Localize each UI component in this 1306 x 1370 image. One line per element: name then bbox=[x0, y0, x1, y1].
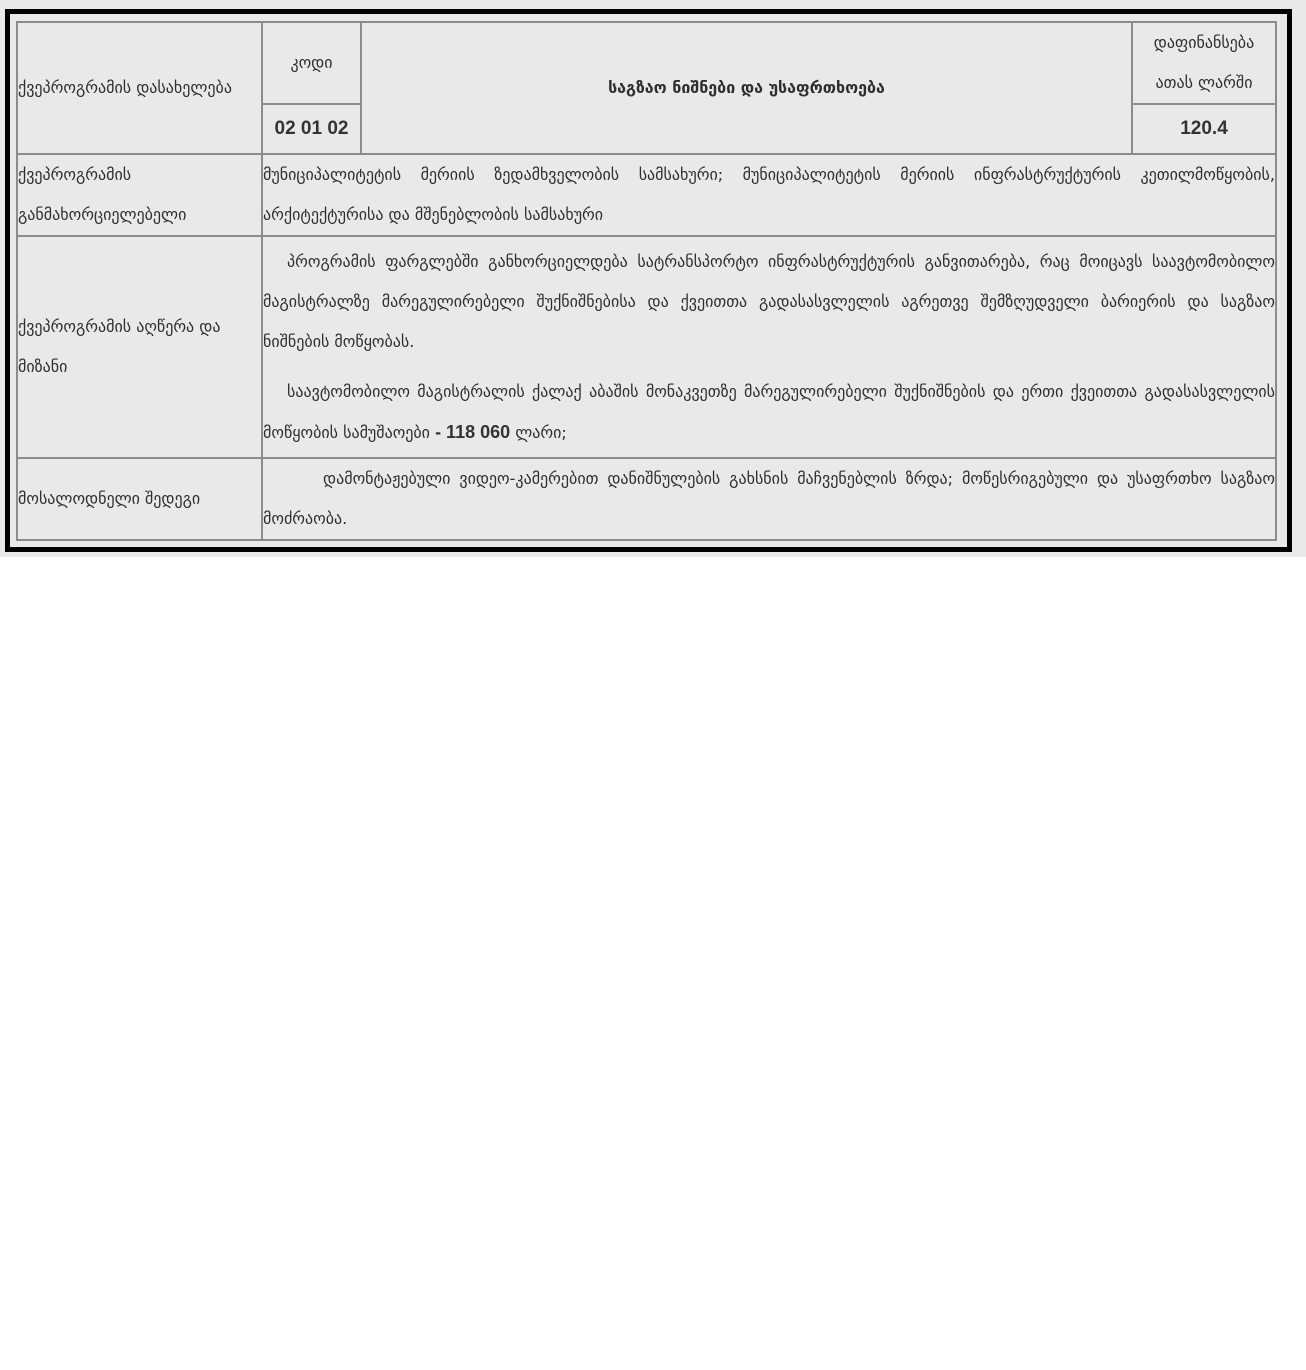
code-value-cell: 02 01 02 bbox=[262, 104, 361, 154]
description-paragraph-2-text: საავტომობილო მაგისტრალის ქალაქ აბაშის მო… bbox=[263, 382, 1275, 442]
works-amount: - 118 060 bbox=[435, 422, 510, 442]
description-label: ქვეპროგრამის აღწერა და მიზანი bbox=[18, 317, 220, 376]
funding-label-cell: დაფინანსება ათას ლარში bbox=[1132, 22, 1276, 104]
description-paragraph-2: საავტომობილო მაგისტრალის ქალაქ აბაშის მო… bbox=[263, 372, 1275, 453]
code-label-cell: კოდი bbox=[262, 22, 361, 104]
funding-label: დაფინანსება ათას ლარში bbox=[1154, 33, 1254, 92]
code-value: 02 01 02 bbox=[275, 118, 349, 139]
expected-result-content-cell: დამონტაჟებული ვიდეო-კამერებით დანიშნულებ… bbox=[262, 458, 1276, 540]
expected-result-label: მოსალოდნელი შედეგი bbox=[18, 489, 200, 508]
code-label: კოდი bbox=[290, 53, 332, 72]
subprogram-card: ქვეპროგრამის დასახელება კოდი საგზაო ნიშნ… bbox=[5, 9, 1292, 552]
description-paragraph-1: პროგრამის ფარგლებში განხორციელდება სატრა… bbox=[263, 242, 1275, 362]
currency-suffix: ლარი; bbox=[515, 423, 567, 442]
subprogram-name-label: ქვეპროგრამის დასახელება bbox=[18, 78, 232, 97]
description-label-cell: ქვეპროგრამის აღწერა და მიზანი bbox=[17, 236, 262, 458]
funding-value: 120.4 bbox=[1180, 118, 1228, 139]
subprogram-title-cell: საგზაო ნიშნები და უსაფრთხოება bbox=[361, 22, 1132, 154]
subprogram-table: ქვეპროგრამის დასახელება კოდი საგზაო ნიშნ… bbox=[16, 21, 1277, 541]
funding-value-cell: 120.4 bbox=[1132, 104, 1276, 154]
description-content-cell: პროგრამის ფარგლებში განხორციელდება სატრა… bbox=[262, 236, 1276, 458]
implementer-label: ქვეპროგრამის განმახორციელებელი bbox=[18, 165, 186, 224]
expected-result-content: დამონტაჟებული ვიდეო-კამერებით დანიშნულებ… bbox=[263, 459, 1275, 539]
implementer-content: მუნიციპალიტეტის მერიის ზედამხველობის სამ… bbox=[263, 165, 1275, 224]
implementer-content-cell: მუნიციპალიტეტის მერიის ზედამხველობის სამ… bbox=[262, 154, 1276, 236]
expected-result-label-cell: მოსალოდნელი შედეგი bbox=[17, 458, 262, 540]
implementer-label-cell: ქვეპროგრამის განმახორციელებელი bbox=[17, 154, 262, 236]
subprogram-name-label-cell: ქვეპროგრამის დასახელება bbox=[17, 22, 262, 154]
subprogram-title: საგზაო ნიშნები და უსაფრთხოება bbox=[608, 78, 885, 97]
